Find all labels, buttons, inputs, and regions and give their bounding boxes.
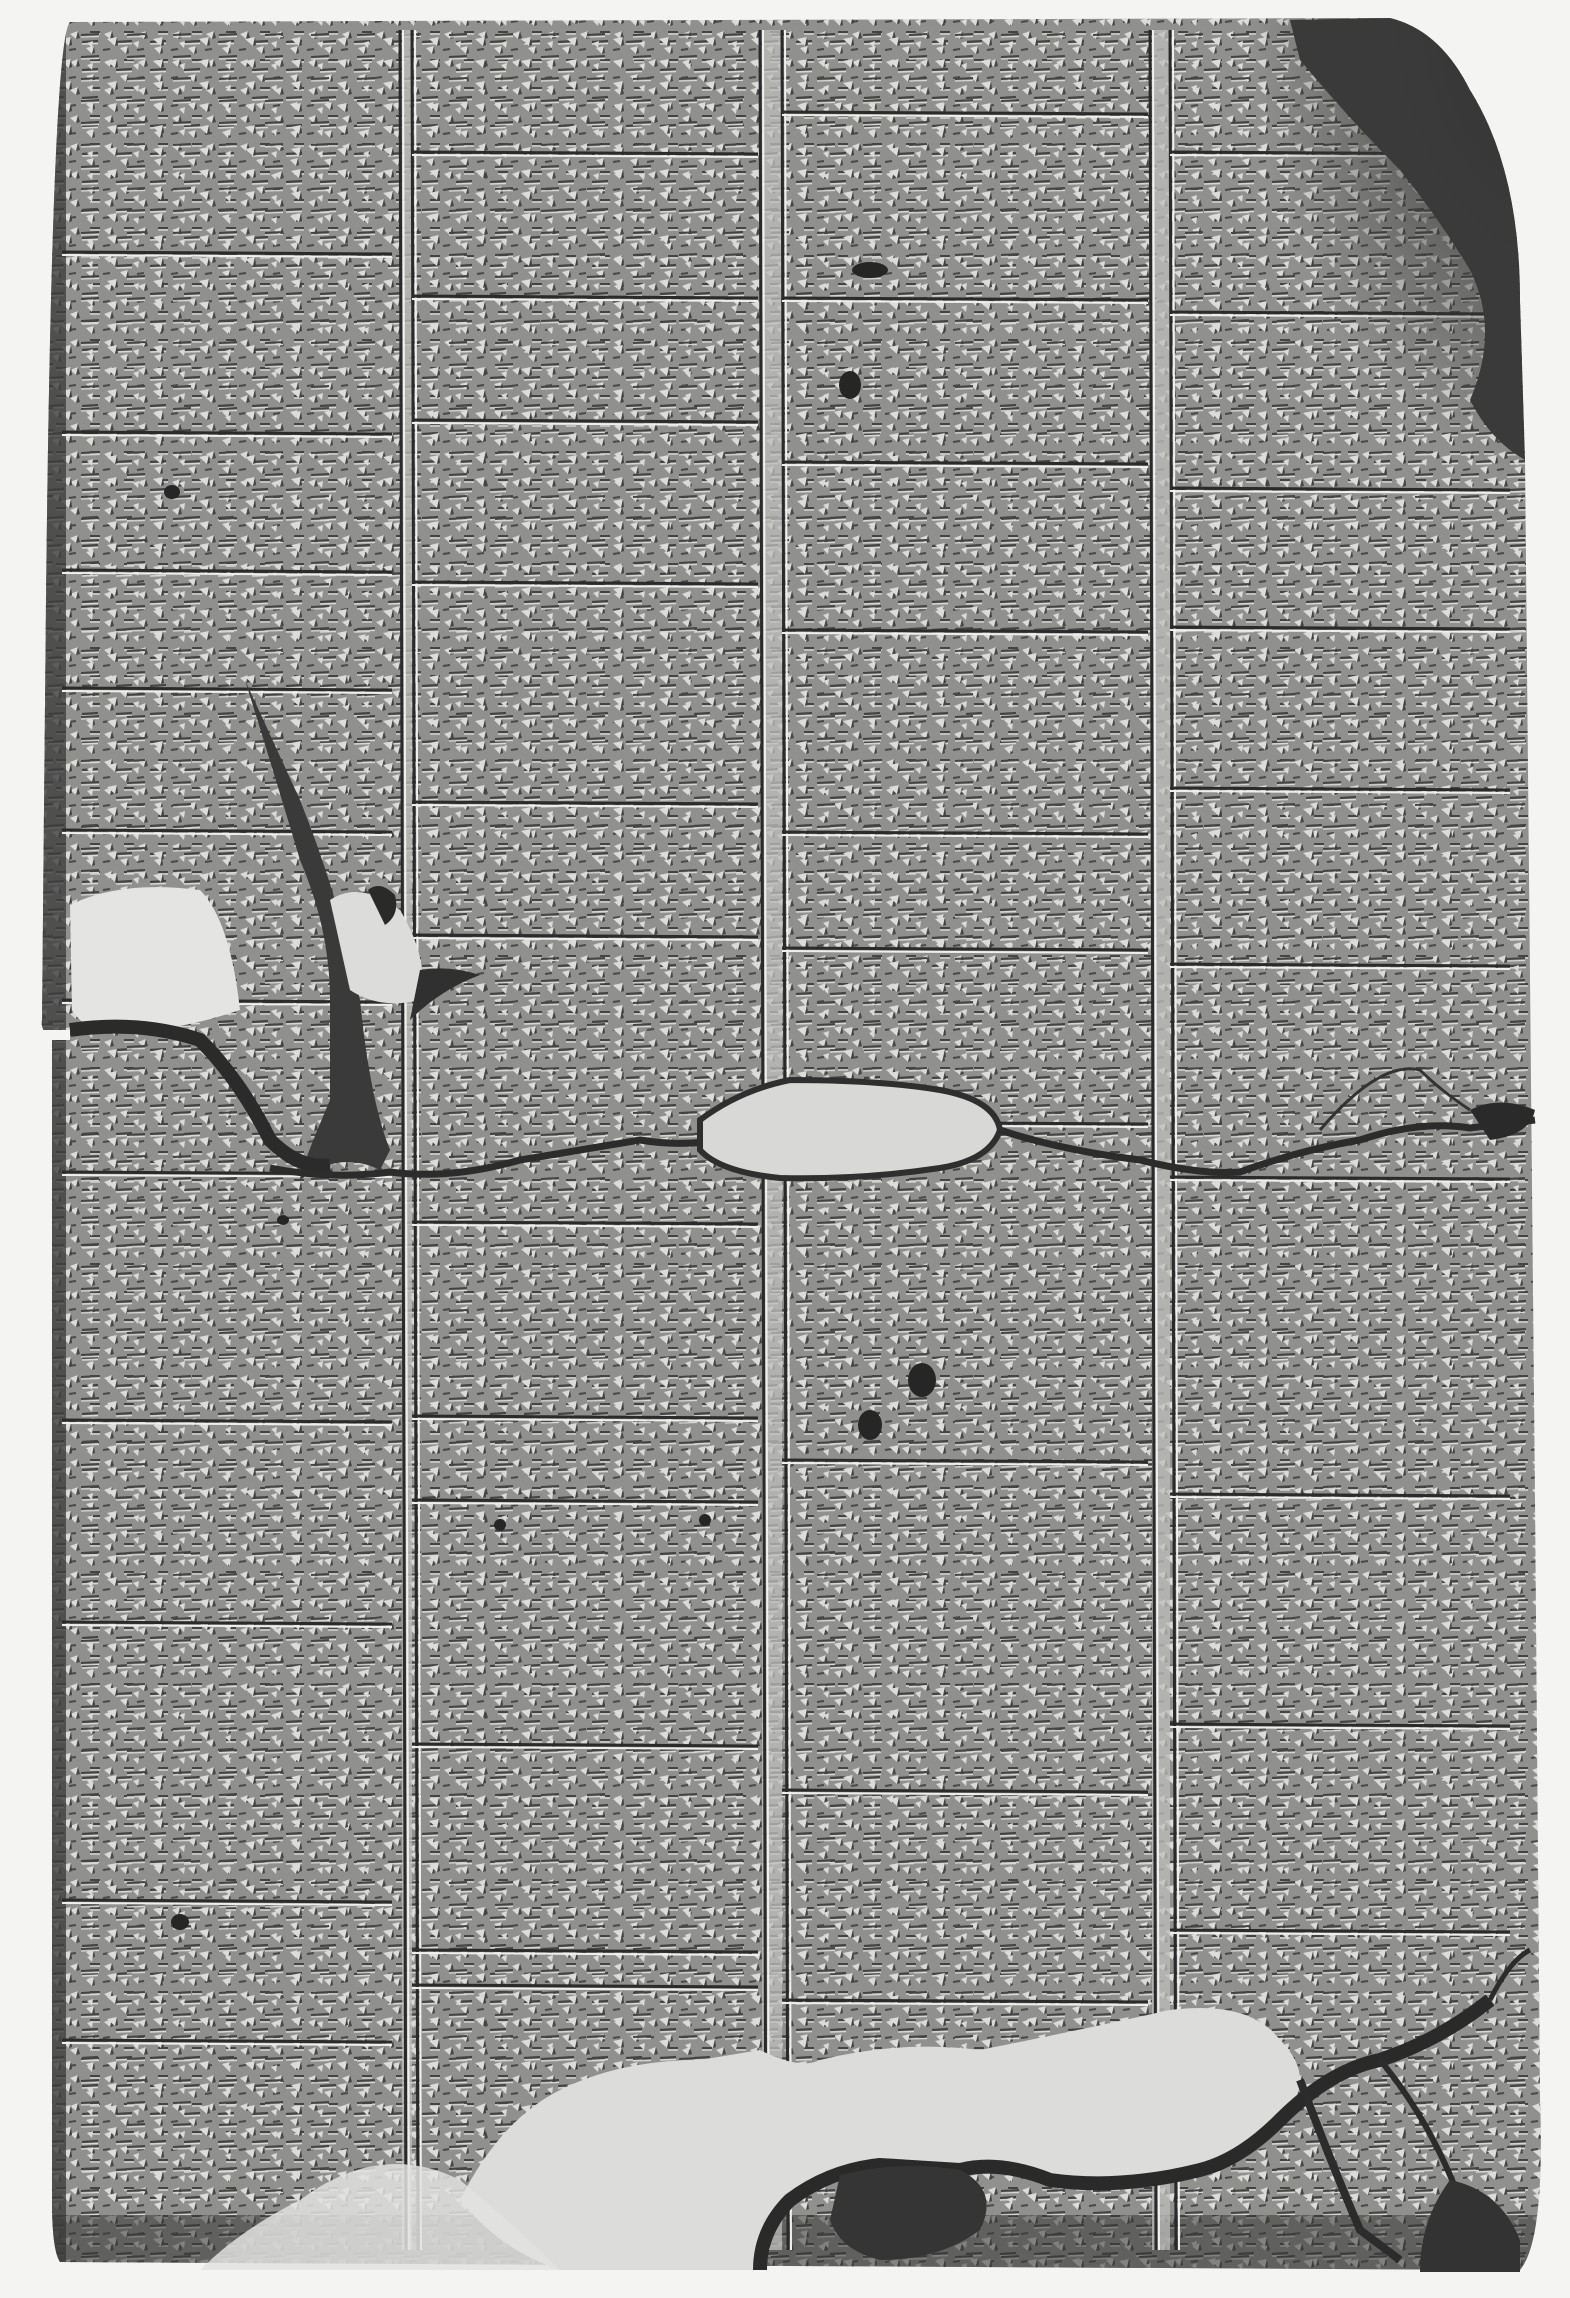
section-divider (782, 1790, 1148, 1792)
section-divider (62, 1900, 392, 1902)
section-divider (1170, 964, 1510, 966)
section-divider (412, 1950, 758, 1952)
section-divider (1170, 1177, 1510, 1179)
section-divider (412, 152, 758, 154)
section-divider (1170, 788, 1510, 790)
section-divider (62, 1622, 392, 1624)
section-divider (412, 1416, 758, 1418)
tablet-photograph (0, 0, 1570, 2298)
section-divider (62, 688, 392, 690)
section-divider (782, 298, 1148, 300)
section-divider (1170, 627, 1510, 629)
section-divider (782, 2000, 1148, 2002)
section-divider (782, 1460, 1148, 1462)
section-divider (782, 630, 1148, 632)
section-divider (1170, 1494, 1510, 1496)
section-divider (782, 832, 1148, 834)
section-divider (412, 1985, 758, 1987)
section-divider (62, 252, 392, 254)
tablet-svg (0, 0, 1570, 2298)
section-divider (412, 802, 758, 804)
section-divider (412, 1222, 758, 1224)
section-divider (1170, 1930, 1510, 1932)
section-divider (782, 948, 1148, 950)
section-divider (1170, 1724, 1510, 1726)
section-divider (62, 570, 392, 572)
section-divider (62, 432, 392, 434)
section-divider (782, 112, 1148, 114)
section-divider (412, 296, 758, 298)
section-divider (62, 1420, 392, 1422)
section-divider (412, 420, 758, 422)
section-divider (62, 2040, 392, 2042)
section-divider (782, 462, 1148, 464)
section-divider (412, 1744, 758, 1746)
section-divider (412, 582, 758, 584)
section-divider (1170, 488, 1510, 490)
section-divider (412, 935, 758, 937)
section-divider (412, 1500, 758, 1502)
section-divider (62, 830, 392, 832)
central-pale-chip (700, 1080, 1000, 1178)
